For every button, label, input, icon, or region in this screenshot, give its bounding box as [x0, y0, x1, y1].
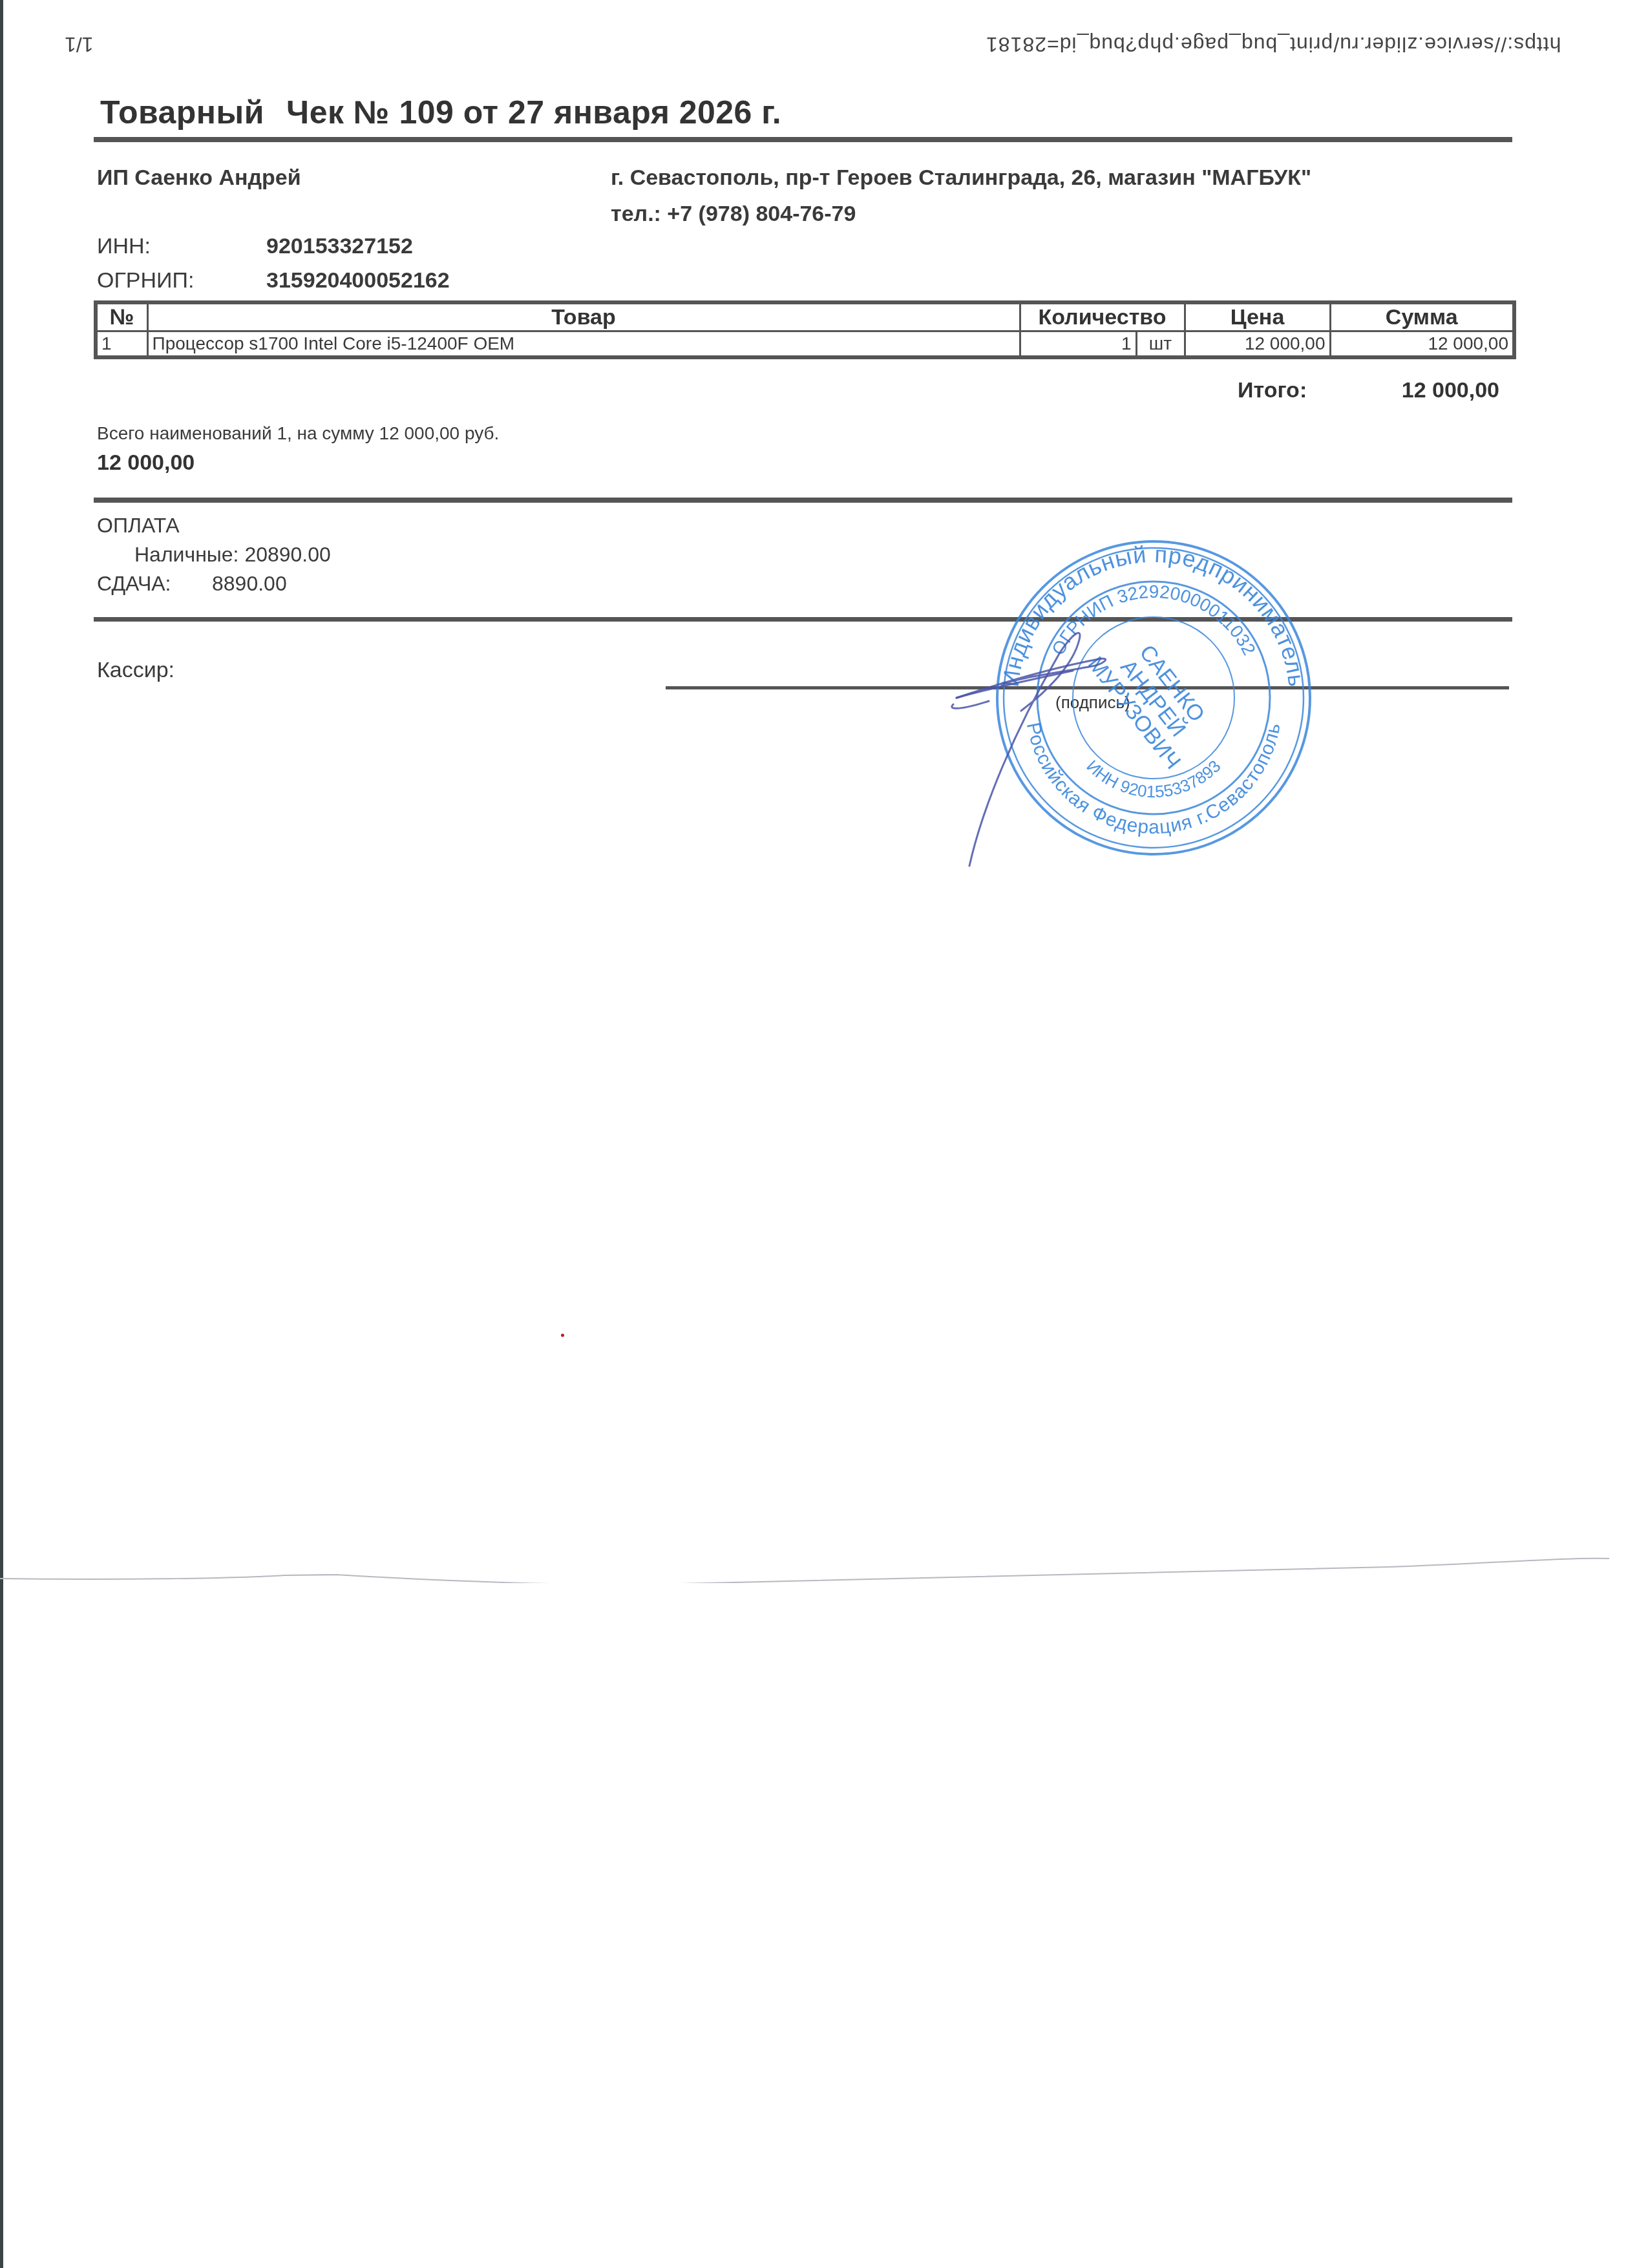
- cell-unit: шт: [1136, 331, 1185, 358]
- ink-speck: [561, 1334, 564, 1337]
- cell-price: 12 000,00: [1185, 331, 1330, 358]
- total-value: 12 000,00: [1402, 378, 1499, 403]
- title-part-2: Чек № 109 от 27 января 2026 г.: [286, 94, 781, 131]
- page-number: 1/1: [65, 32, 93, 56]
- divider: [94, 498, 1512, 503]
- items-table: № Товар Количество Цена Сумма 1 Процессо…: [94, 300, 1516, 359]
- change-value: 8890.00: [212, 572, 287, 596]
- document-title: ТоварныйЧек № 109 от 27 января 2026 г.: [100, 94, 781, 131]
- seller-phone: тел.: +7 (978) 804-76-79: [611, 202, 856, 227]
- summary-line: Всего наименований 1, на сумму 12 000,00…: [97, 423, 499, 444]
- divider: [94, 137, 1512, 142]
- col-header-product: Товар: [147, 302, 1020, 331]
- inn-value: 920153327152: [266, 234, 413, 259]
- change-label: СДАЧА:: [97, 572, 171, 596]
- title-part-1: Товарный: [100, 94, 264, 131]
- print-url: https://service.zlider.ru/print_buq_page…: [986, 32, 1561, 56]
- payment-cash: Наличные: 20890.00: [134, 543, 331, 567]
- handwritten-signature-icon: [944, 614, 1150, 872]
- cell-product: Процессор s1700 Intel Core i5-12400F OEM: [147, 331, 1020, 358]
- cell-sum: 12 000,00: [1330, 331, 1514, 358]
- payment-title: ОПЛАТА: [97, 514, 180, 538]
- col-header-num: №: [96, 302, 147, 331]
- paper-fold-line: [0, 1506, 1648, 1583]
- col-header-quantity: Количество: [1020, 302, 1185, 331]
- seller-address: г. Севастополь, пр-т Героев Сталинграда,…: [611, 165, 1311, 191]
- inn-label: ИНН:: [97, 234, 151, 259]
- table-row: 1 Процессор s1700 Intel Core i5-12400F O…: [96, 331, 1514, 358]
- total-label: Итого:: [1238, 378, 1307, 403]
- ogrnip-value: 315920400052162: [266, 268, 450, 293]
- cell-qty: 1: [1020, 331, 1136, 358]
- col-header-sum: Сумма: [1330, 302, 1514, 331]
- summary-sum: 12 000,00: [97, 450, 195, 476]
- table-header-row: № Товар Количество Цена Сумма: [96, 302, 1514, 331]
- ogrnip-label: ОГРНИП:: [97, 268, 194, 293]
- scan-edge: [0, 0, 3, 2268]
- seller-name: ИП Саенко Андрей: [97, 165, 301, 191]
- cashier-label: Кассир:: [97, 658, 174, 683]
- col-header-price: Цена: [1185, 302, 1330, 331]
- cell-num: 1: [96, 331, 147, 358]
